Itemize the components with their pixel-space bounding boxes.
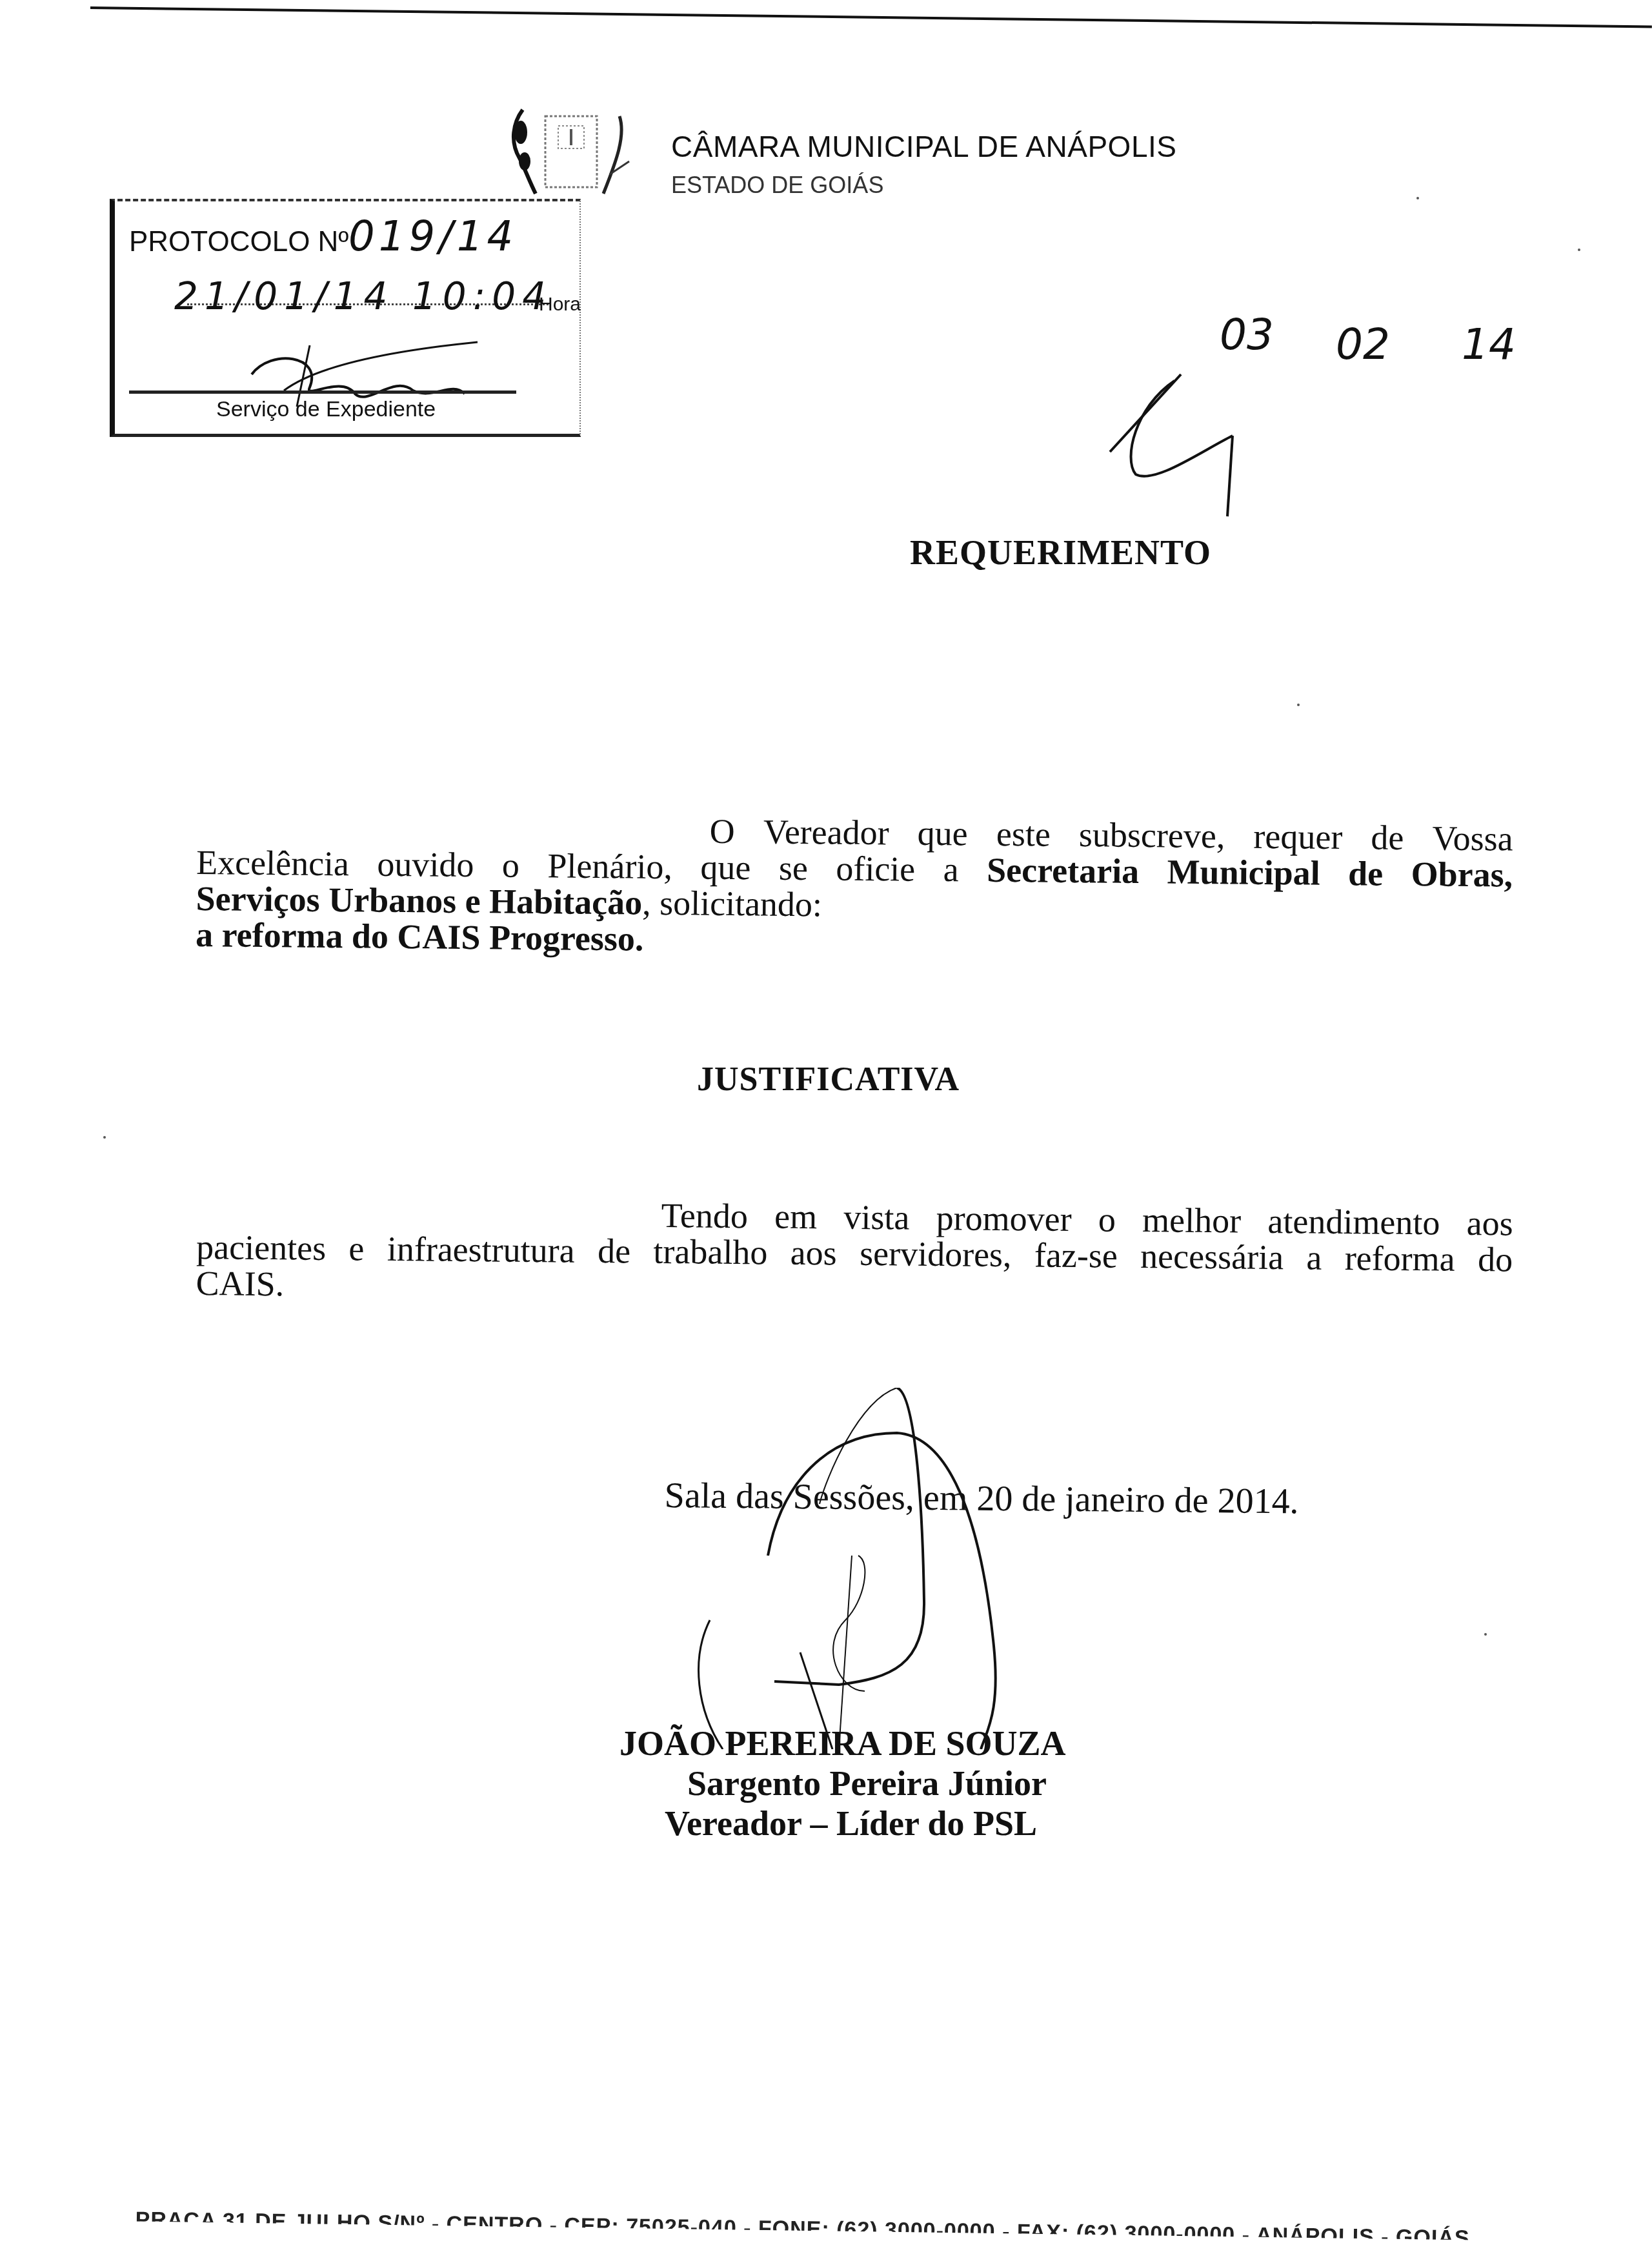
stamp-rule [129, 391, 516, 394]
receipt-month: 02 [1336, 320, 1390, 369]
signatory-block: JOÃO PEREIRA DE SOUZA Sargento Pereira J… [619, 1723, 1066, 1843]
scan-border-line [90, 6, 1652, 28]
protocol-time-value: 10:04 [412, 274, 552, 318]
signatory-name: JOÃO PEREIRA DE SOUZA [619, 1723, 1066, 1763]
justification-title: JUSTIFICATIVA [697, 1060, 960, 1099]
protocol-label: PROTOCOLO Nº [129, 226, 348, 258]
scan-speck [103, 1136, 106, 1139]
request-paragraph: OVereadorqueestesubscreve,requerdeVossa … [196, 808, 1513, 966]
protocol-number: 019/14 [348, 213, 517, 261]
receipt-year: 14 [1462, 320, 1516, 369]
handwritten-signature-icon [645, 1388, 1162, 1749]
stamp-department: Serviço de Expediente [216, 397, 436, 422]
scan-speck [1297, 704, 1300, 706]
state-name: ESTADO DE GOIÁS [671, 172, 883, 199]
footer-address: PRAÇA 31 DE JULHO S/Nº - CENTRO - CEP: 7… [135, 2207, 1619, 2253]
justification-paragraph: Tendo em vista promover o melhor atendim… [196, 1193, 1513, 1314]
protocol-date: 21/01/14 10:04 [174, 274, 552, 318]
protocol-date-value: 21/01/14 [174, 274, 394, 318]
protocol-time-suffix: Hora [539, 294, 581, 316]
word: este [996, 816, 1051, 853]
handwritten-initial-icon [1084, 349, 1291, 529]
signatory-role: Vereador – Líder do PSL [619, 1803, 1066, 1843]
document-title: REQUERIMENTO [910, 533, 1211, 573]
institution-name: CÂMARA MUNICIPAL DE ANÁPOLIS [671, 129, 1176, 164]
word: de [1371, 819, 1404, 855]
word: Vossa [1432, 820, 1513, 857]
request-line-3-text: , solicitando: [642, 884, 823, 924]
signatory-alias: Sargento Pereira Júnior [619, 1763, 1066, 1803]
word: Vereador [763, 813, 889, 851]
word: que [918, 815, 969, 852]
scan-speck [1484, 1633, 1487, 1636]
secretariat-name: Secretaria Municipal de Obras, [987, 851, 1513, 895]
word: subscreve, [1079, 817, 1225, 854]
word: O [709, 813, 735, 849]
scan-speck [1578, 249, 1580, 251]
scan-speck [1416, 197, 1419, 199]
word: requer [1253, 818, 1342, 855]
municipal-coat-of-arms-icon [507, 97, 636, 207]
